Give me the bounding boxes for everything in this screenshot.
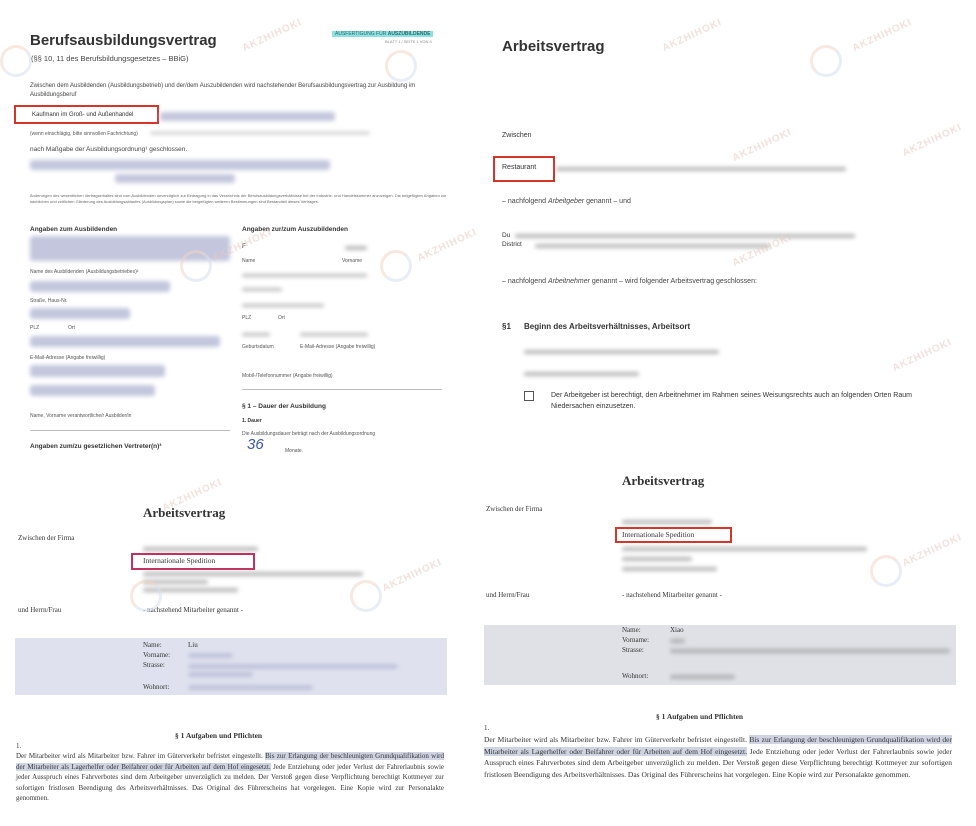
badge-prefix: AUSFERTIGUNG FÜR — [335, 31, 388, 37]
divider — [30, 430, 230, 431]
profession-highlight-box — [14, 105, 159, 124]
redacted — [143, 547, 258, 551]
redacted — [524, 372, 639, 376]
redacted — [622, 567, 717, 571]
label-company: Name des Ausbildenden (Ausbildungsbetrie… — [30, 269, 138, 275]
label-wohnort: Wohnort: — [622, 672, 648, 680]
label-trainer: Name, Vorname verantwortliche/r Ausbilde… — [30, 413, 131, 419]
redacted — [30, 336, 220, 347]
section1-title: § 1 – Dauer der Ausbildung — [242, 403, 326, 410]
redacted — [30, 281, 170, 292]
divider — [242, 389, 442, 390]
specialization-note: (wenn einschlägig, bitte sinnvollen Fach… — [30, 131, 138, 137]
label-vorname: Vorname: — [143, 651, 170, 659]
role-italic: Arbeitnehmer — [548, 278, 590, 285]
redacted — [242, 288, 282, 291]
redacted — [556, 167, 846, 171]
item-num: 1. — [484, 724, 489, 732]
redacted — [188, 653, 233, 658]
doc-arbeitsvertrag-spedition-liu: Arbeitsvertrag Zwischen der Firma Intern… — [0, 460, 480, 826]
redacted — [30, 236, 230, 261]
doc-title: Berufsausbildungsvertrag — [30, 32, 217, 49]
role-text: - nachstehend Mitarbeiter genannt - — [143, 606, 243, 614]
redacted — [143, 588, 238, 592]
trainer-heading: Angaben zum Ausbildenden — [30, 226, 117, 233]
addr-prefix-2: District — [502, 241, 522, 248]
apprentice-heading: Angaben zur/zum Auszubildenden — [242, 226, 348, 233]
redacted — [30, 160, 330, 170]
concluded-text: nach Maßgabe der Ausbildungsordnung¹ ges… — [30, 146, 187, 153]
label-email-2: E-Mail-Adresse (Angabe freiwillig) — [300, 344, 375, 350]
redacted — [535, 244, 770, 248]
badge-bold: AUSZUBILDENDE — [388, 31, 431, 37]
employee-role: – nachfolgend Arbeitnehmer genannt – wir… — [502, 278, 757, 285]
label-phone: Mobil-/Telefonnummer (Angabe freiwillig) — [242, 373, 333, 379]
redacted — [242, 304, 324, 307]
role-prefix: – nachfolgend — [502, 198, 548, 205]
section-title: § 1 Aufgaben und Pflichten — [175, 731, 262, 740]
doc-arbeitsvertrag-spedition-xiao: Arbeitsvertrag Zwischen der Firma Intern… — [480, 460, 976, 826]
and-label: und Herrn/Frau — [486, 591, 529, 599]
company-highlight-box — [615, 527, 732, 543]
redacted — [160, 112, 335, 121]
redacted — [143, 580, 208, 584]
redacted — [515, 234, 855, 238]
addr-prefix-1: Du — [502, 232, 510, 239]
doc-title: Arbeitsvertrag — [143, 505, 225, 521]
label-plz-2: PLZ — [242, 315, 251, 321]
legal-rep-heading: Angaben zum/zu gesetzlichen Vertreter(n)… — [30, 443, 161, 450]
name-value: Liu — [188, 641, 198, 649]
name-value: Xiao — [670, 626, 684, 634]
label-strasse: Strasse: — [622, 646, 644, 654]
redacted — [300, 333, 368, 336]
intro-text: Zwischen dem Ausbildenden (Ausbildungsbe… — [30, 82, 450, 100]
label-name: Name: — [143, 641, 162, 649]
role-suffix: genannt – und — [584, 198, 631, 205]
label-ort-2: Ort — [278, 315, 285, 321]
redacted — [242, 333, 270, 336]
redacted — [30, 365, 165, 377]
doc-arbeitsvertrag-restaurant: Arbeitsvertrag Zwischen Restaurant – nac… — [480, 0, 976, 460]
label-name: Name — [242, 258, 255, 264]
redacted — [524, 350, 719, 354]
label-email: E-Mail-Adresse (Angabe freiwillig) — [30, 355, 105, 361]
label-birthdate: Geburtsdatum — [242, 344, 274, 350]
redacted — [188, 685, 313, 690]
section-title: Beginn des Arbeitsverhältnisses, Arbeits… — [524, 322, 690, 331]
label-wohnort: Wohnort: — [143, 683, 169, 691]
label-ort: Ort — [68, 325, 75, 331]
section1-sub: 1. Dauer — [242, 418, 262, 424]
checkbox-label: Der Arbeitgeber ist berechtigt, den Arbe… — [551, 390, 951, 412]
redacted — [345, 246, 367, 250]
label-vorname: Vorname — [342, 258, 362, 264]
redacted — [188, 664, 398, 669]
label-street: Straße, Haus-Nr. — [30, 298, 68, 304]
redacted — [115, 174, 235, 183]
copy-badge: AUSFERTIGUNG FÜR AUSZUBILDENDE — [332, 31, 433, 37]
section-body: Der Mitarbeiter wird als Mitarbeiter bzw… — [16, 751, 444, 804]
checkbox[interactable] — [524, 391, 534, 401]
duration-unit: Monate. — [285, 448, 303, 454]
redacted — [150, 132, 370, 134]
label-plz: PLZ — [30, 325, 39, 331]
section-body: Der Mitarbeiter wird als Mitarbeiter bzw… — [484, 734, 952, 780]
role-prefix: – nachfolgend — [502, 278, 548, 285]
redacted — [670, 675, 735, 679]
doc-subtitle: (§§ 10, 11 des Berufsbildungsgesetzes – … — [31, 54, 188, 63]
employer-role: – nachfolgend Arbeitgeber genannt – und — [502, 198, 631, 205]
section-title: § 1 Aufgaben und Pflichten — [656, 712, 743, 721]
label-name: Name: — [622, 626, 641, 634]
redacted — [622, 557, 692, 561]
redacted — [242, 274, 367, 277]
badge-page: BLATT 1 / SEITE 1 VON 4 — [385, 39, 432, 44]
redacted — [622, 520, 712, 524]
role-italic: Arbeitgeber — [548, 198, 584, 205]
and-label: und Herrn/Frau — [18, 606, 61, 614]
role-text: - nachstehend Mitarbeiter genannt - — [622, 591, 722, 599]
redacted — [670, 649, 950, 653]
between-label: Zwischen — [502, 132, 532, 139]
company-highlight-box — [131, 553, 255, 570]
label-vorname: Vorname: — [622, 636, 649, 644]
doc-berufsausbildungsvertrag: Berufsausbildungsvertrag (§§ 10, 11 des … — [0, 0, 480, 460]
redacted — [30, 385, 155, 396]
redacted — [143, 572, 363, 576]
between-label: Zwischen der Firma — [18, 534, 74, 542]
doc-title: Arbeitsvertrag — [622, 473, 704, 489]
item-num: 1. — [16, 742, 21, 750]
fine-print: Änderungen des wesentlichen Vertragsinha… — [30, 193, 450, 205]
redacted — [622, 547, 867, 551]
doc-title: Arbeitsvertrag — [502, 38, 605, 55]
role-suffix: genannt – wird folgender Arbeitsvertrag … — [590, 278, 757, 285]
redacted — [670, 639, 685, 643]
employer-highlight-box — [493, 156, 555, 182]
label-strasse: Strasse: — [143, 661, 165, 669]
duration-value: 36 — [247, 436, 264, 453]
redacted — [188, 672, 253, 677]
name-prefix: F — [242, 244, 247, 250]
between-label: Zwischen der Firma — [486, 505, 542, 513]
section-num: §1 — [502, 322, 511, 331]
redacted — [30, 308, 130, 319]
body-text: Der Mitarbeiter wird als Mitarbeiter bzw… — [484, 735, 749, 744]
body-text: Der Mitarbeiter wird als Mitarbeiter bzw… — [16, 752, 265, 760]
